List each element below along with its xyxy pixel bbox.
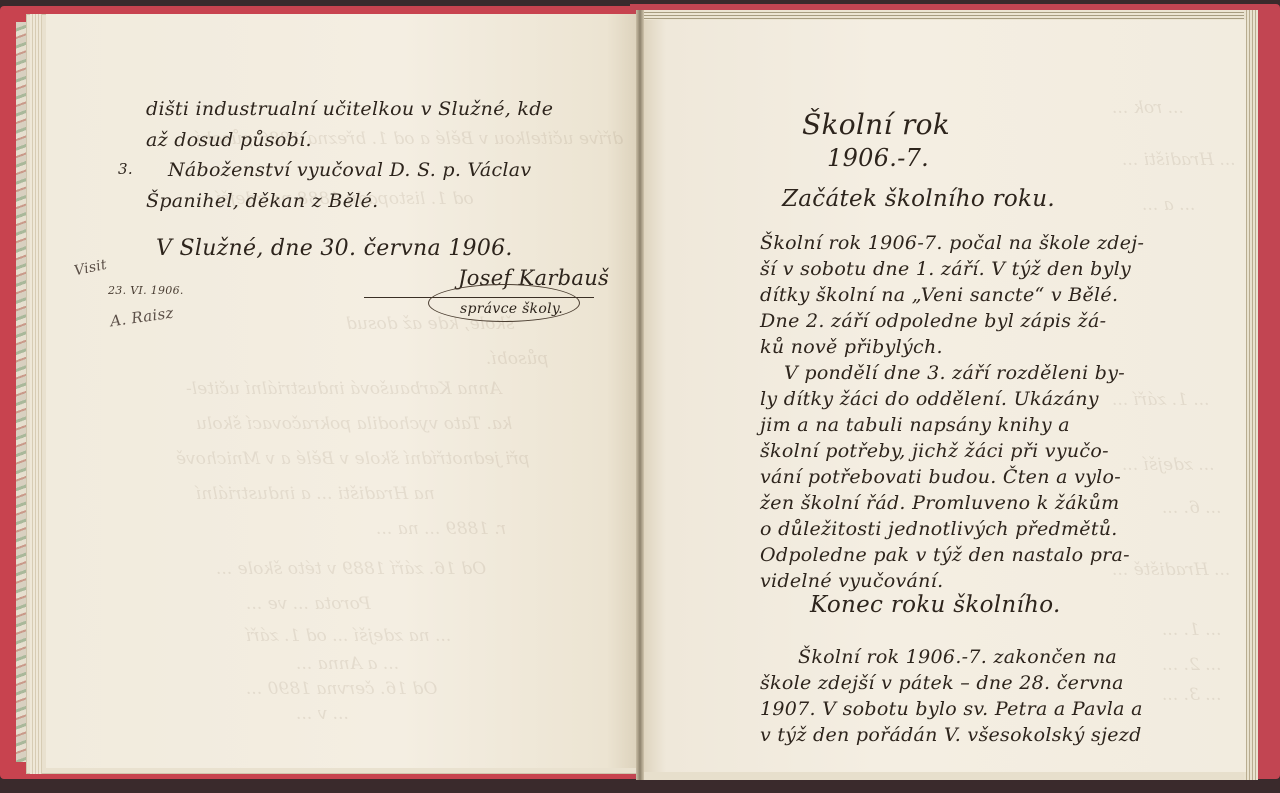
annotation-date: 23. VI. 1906.	[108, 284, 184, 297]
bleed-through-line: r. 1889 ... na ...	[376, 519, 506, 539]
bleed-through-line: při jednotřídní škole v Bělé a v Mnichov…	[176, 449, 530, 469]
bleed-through-line: ... zdejší ...	[1122, 455, 1215, 475]
text-line: dítky školní na „Veni sancte“ v Bělé.	[760, 284, 1118, 306]
section-heading-start: Začátek školního roku.	[782, 186, 1055, 212]
right-page: ... rok ... ... Hradišti ... ... a ... .…	[642, 20, 1246, 772]
bleed-through-line: ... rok ...	[1112, 98, 1184, 118]
section-heading-end: Konec roku školního.	[810, 592, 1061, 618]
page-title: Školní rok	[802, 108, 950, 141]
text-line: 1907. V sobotu bylo sv. Petra a Pavla a	[760, 698, 1143, 720]
text-line: jim a na tabuli napsány knihy a	[760, 414, 1070, 436]
text-line: v týž den pořádán V. všesokolský sjezd	[760, 724, 1142, 746]
bleed-through-line: Od 16. září 1889 v této škole ...	[216, 559, 486, 579]
text-line: o důležitosti jednotlivých předmětů.	[760, 518, 1118, 540]
text-line: Školní rok 1906.-7. zakončen na	[798, 646, 1117, 668]
annotation-label: Visit	[73, 257, 109, 280]
bleed-through-line: ... 1. září ...	[1112, 390, 1210, 410]
text-line: škole zdejší v pátek – dne 28. června	[760, 672, 1124, 694]
bleed-through-line: ka. Tato vychodila pokračovací školu	[196, 414, 512, 434]
bleed-through-line: Od 16. června 1890 ...	[246, 679, 437, 699]
dateline: V Služné, dne 30. června 1906.	[156, 236, 513, 261]
bleed-through-line: na Hradišti ... a industriální	[196, 484, 435, 504]
bleed-through-line: ... Hradišti ...	[1122, 150, 1236, 170]
bleed-through-line: ... 3. ...	[1162, 685, 1221, 705]
annotation-signer: A. Raisz	[109, 304, 175, 331]
bleed-through-line: ... 6. ...	[1162, 498, 1221, 518]
text-line: videlné vyučování.	[760, 570, 943, 592]
text-line: ly dítky žáci do oddělení. Ukázány	[760, 388, 1099, 410]
text-line: V pondělí dne 3. září rozděleni by-	[784, 362, 1125, 384]
text-line: Odpoledne pak v týž den nastalo pra-	[760, 544, 1130, 566]
text-line: školní potřeby, jichž žáci při vyučo-	[760, 440, 1109, 462]
text-line: ků nově přibylých.	[760, 336, 943, 358]
item-number: 3.	[118, 160, 133, 178]
text-line: až dosud působí.	[146, 129, 312, 151]
text-line: žen školní řád. Promluveno k žákům	[760, 492, 1120, 514]
text-line: vání potřebovati budou. Čten a vylo-	[760, 466, 1121, 488]
bleed-through-line: ... v ...	[296, 704, 349, 724]
bleed-through-line: ... 2. ...	[1162, 655, 1221, 675]
left-page: dříve učitelkou v Bělé a od 1. března 18…	[46, 14, 636, 768]
bleed-through-line: ... a Anna ...	[296, 654, 399, 674]
bleed-through-line: ... na zdejší ... od 1. září	[246, 626, 451, 646]
bleed-through-line: působí.	[486, 349, 549, 369]
text-line: dišti industrualní učitelkou v Služné, k…	[146, 98, 553, 120]
book-gutter	[636, 10, 644, 780]
bleed-through-line: Anna Karbaušová industriální učitel-	[186, 379, 501, 399]
text-line: Školní rok 1906-7. počal na škole zdej-	[760, 232, 1144, 254]
text-line: ší v sobotu dne 1. září. V týž den byly	[760, 258, 1131, 280]
bleed-through-line: ... a ...	[1142, 195, 1195, 215]
bleed-through-line: ... 1. ...	[1162, 620, 1221, 640]
signature-title: správce školy.	[460, 301, 563, 317]
text-line: Náboženství vyučoval D. S. p. Václav	[168, 159, 531, 181]
bleed-through-line: Porota ... ve ...	[246, 594, 371, 614]
text-line: Dne 2. září odpoledne byl zápis žá-	[760, 310, 1106, 332]
school-year: 1906.-7.	[827, 144, 929, 172]
text-line: Španihel, děkan z Bělé.	[146, 190, 379, 212]
